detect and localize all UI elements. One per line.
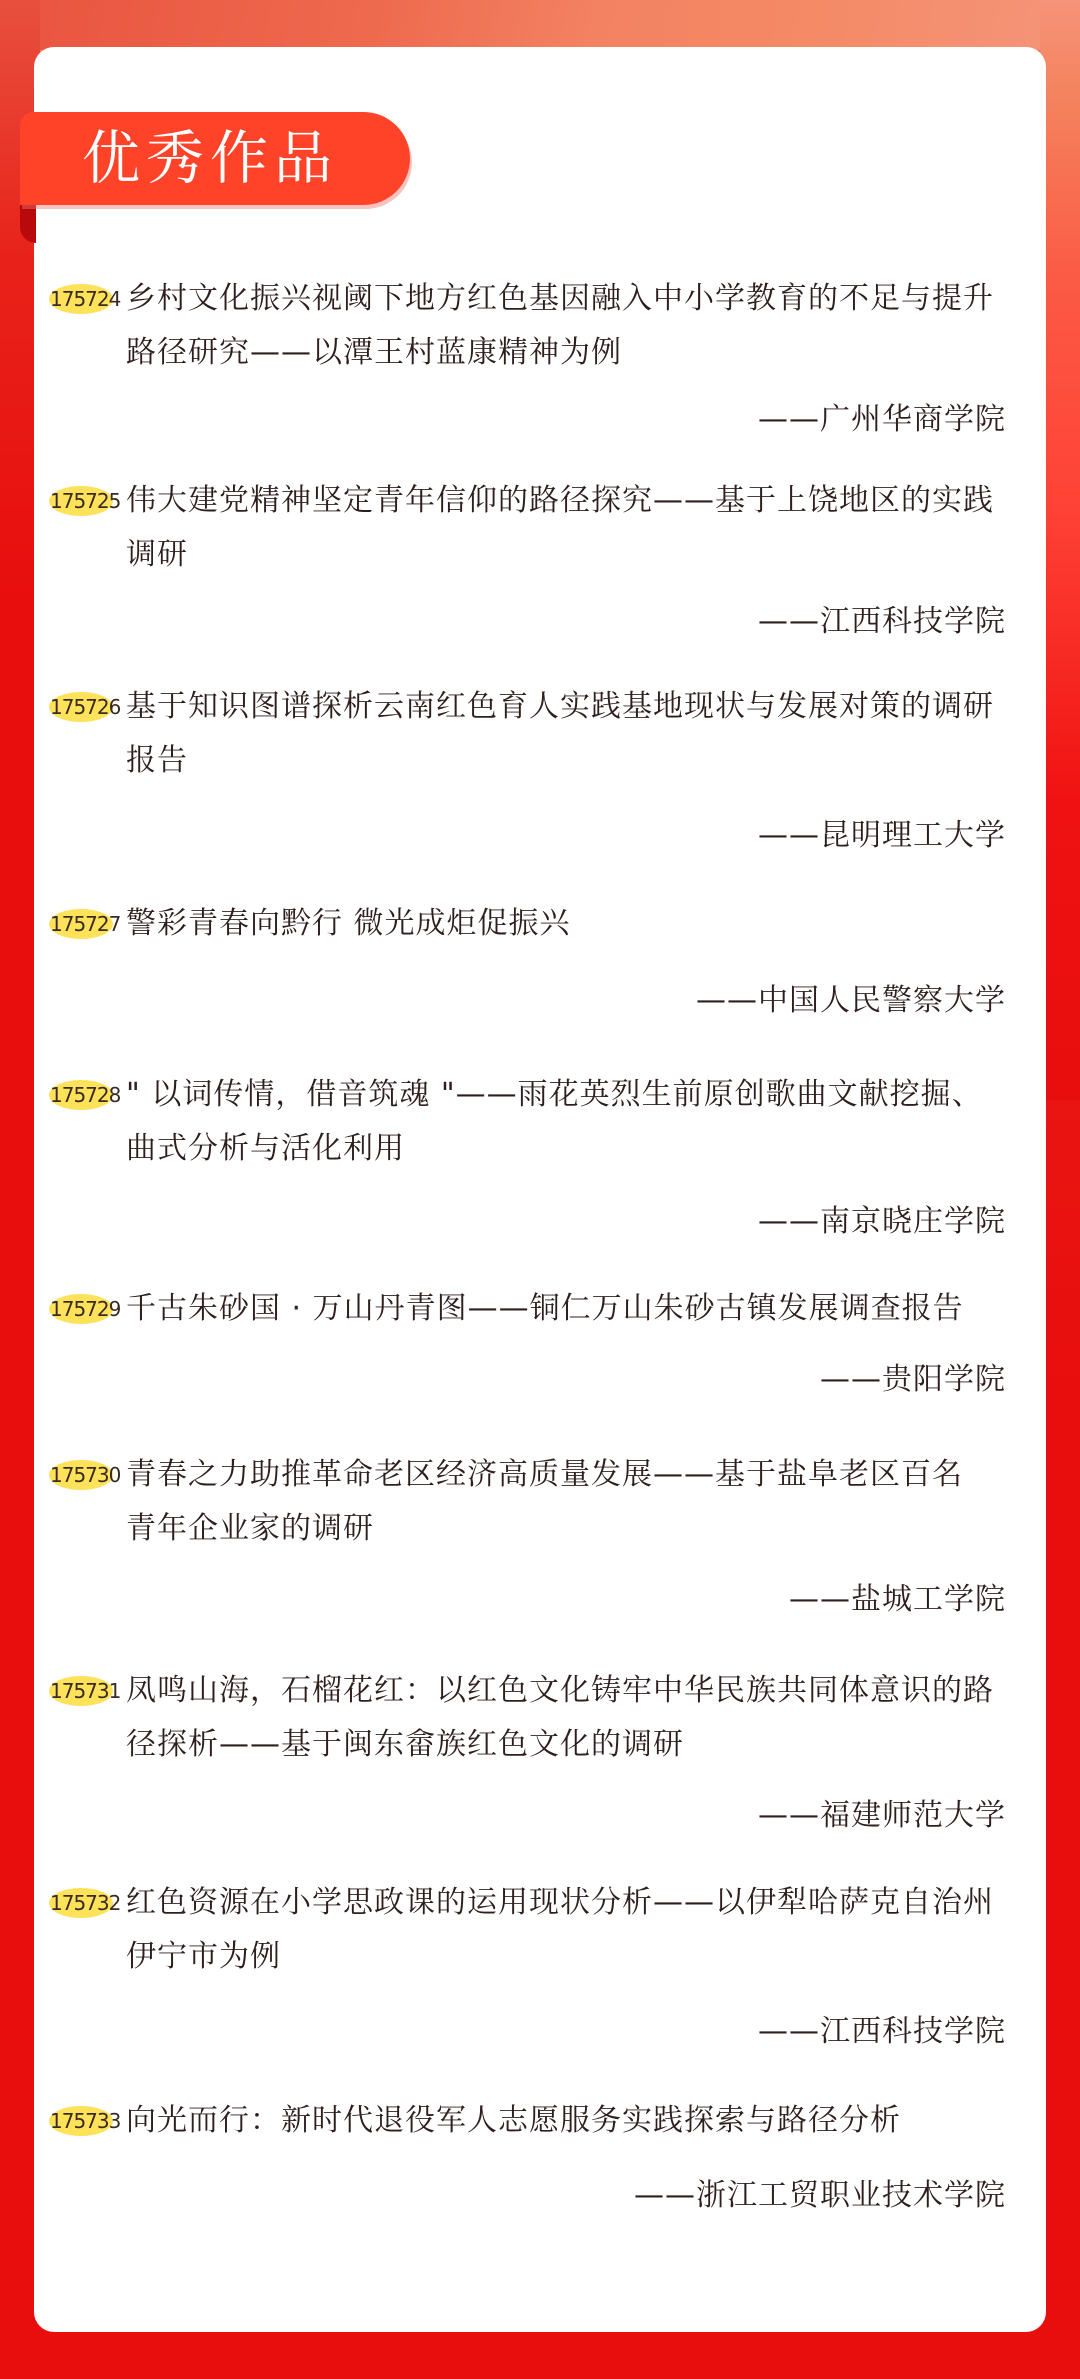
work-title-line: 调研 <box>126 528 1006 582</box>
work-title: " 以词传情，借音筑魂 "——雨花英烈生前原创歌曲文献挖掘、 曲式分析与活化利用 <box>126 1068 1006 1176</box>
work-title-line: 基于知识图谱探析云南红色育人实践基地现状与发展对策的调研 <box>126 680 1006 734</box>
work-title-line: 伊宁市为例 <box>126 1930 1006 1984</box>
work-title: 伟大建党精神坚定青年信仰的路径探究——基于上饶地区的实践 调研 <box>126 474 1006 582</box>
section-ribbon: 优秀作品 <box>20 112 410 205</box>
work-title-line: 千古朱砂国 · 万山丹青图——铜仁万山朱砂古镇发展调查报告 <box>126 1282 1006 1336</box>
work-title: 基于知识图谱探析云南红色育人实践基地现状与发展对策的调研 报告 <box>126 680 1006 788</box>
work-title-line: 青春之力助推革命老区经济高质量发展——基于盐阜老区百名 <box>126 1448 1006 1502</box>
work-title-line: 乡村文化振兴视阈下地方红色基因融入中小学教育的不足与提升 <box>126 272 1006 326</box>
work-id: 175726 <box>50 692 120 722</box>
work-id: 175730 <box>50 1460 120 1490</box>
work-id: 175732 <box>50 1888 120 1918</box>
work-title-line: 径探析——基于闽东畲族红色文化的调研 <box>126 1718 1006 1772</box>
work-school: ——江西科技学院 <box>758 2012 1006 2052</box>
work-id: 175729 <box>50 1294 120 1324</box>
section-title: 优秀作品 <box>82 122 338 194</box>
background-top-sheen <box>0 0 1080 50</box>
work-id: 175724 <box>50 284 120 314</box>
work-id: 175728 <box>50 1080 120 1110</box>
work-title-line: 红色资源在小学思政课的运用现状分析——以伊犁哈萨克自治州 <box>126 1876 1006 1930</box>
work-title: 千古朱砂国 · 万山丹青图——铜仁万山朱砂古镇发展调查报告 <box>126 1282 1006 1336</box>
work-title: 红色资源在小学思政课的运用现状分析——以伊犁哈萨克自治州 伊宁市为例 <box>126 1876 1006 1984</box>
work-title: 警彩青春向黔行 微光成炬促振兴 <box>126 897 1006 951</box>
work-id: 175733 <box>50 2106 120 2136</box>
work-school: ——江西科技学院 <box>758 602 1006 642</box>
work-title-line: 青年企业家的调研 <box>126 1502 1006 1556</box>
work-title-line: 伟大建党精神坚定青年信仰的路径探究——基于上饶地区的实践 <box>126 474 1006 528</box>
work-title-line: 警彩青春向黔行 微光成炬促振兴 <box>126 897 1006 951</box>
work-title-line: 报告 <box>126 734 1006 788</box>
work-school: ——贵阳学院 <box>820 1360 1006 1400</box>
work-title-line: 向光而行：新时代退役军人志愿服务实践探索与路径分析 <box>126 2094 1006 2148</box>
work-id: 175725 <box>50 486 120 516</box>
content-card <box>34 47 1046 2332</box>
work-school: ——广州华商学院 <box>758 400 1006 440</box>
work-school: ——昆明理工大学 <box>758 816 1006 856</box>
work-id: 175731 <box>50 1676 120 1706</box>
work-title-line: 曲式分析与活化利用 <box>126 1122 1006 1176</box>
work-id: 175727 <box>50 909 120 939</box>
work-school: ——浙江工贸职业技术学院 <box>634 2176 1006 2216</box>
work-title: 青春之力助推革命老区经济高质量发展——基于盐阜老区百名 青年企业家的调研 <box>126 1448 1006 1556</box>
work-title: 乡村文化振兴视阈下地方红色基因融入中小学教育的不足与提升 路径研究——以潭王村蓝… <box>126 272 1006 380</box>
work-title: 向光而行：新时代退役军人志愿服务实践探索与路径分析 <box>126 2094 1006 2148</box>
work-title-line: 凤鸣山海，石榴花红：以红色文化铸牢中华民族共同体意识的路 <box>126 1664 1006 1718</box>
work-title: 凤鸣山海，石榴花红：以红色文化铸牢中华民族共同体意识的路 径探析——基于闽东畲族… <box>126 1664 1006 1772</box>
work-school: ——福建师范大学 <box>758 1796 1006 1836</box>
work-school: ——南京晓庄学院 <box>758 1202 1006 1242</box>
background-right-strip <box>1040 0 1080 1100</box>
work-school: ——中国人民警察大学 <box>696 981 1006 1021</box>
work-title-line: " 以词传情，借音筑魂 "——雨花英烈生前原创歌曲文献挖掘、 <box>126 1068 1006 1122</box>
work-school: ——盐城工学院 <box>789 1580 1006 1620</box>
work-title-line: 路径研究——以潭王村蓝康精神为例 <box>126 326 1006 380</box>
